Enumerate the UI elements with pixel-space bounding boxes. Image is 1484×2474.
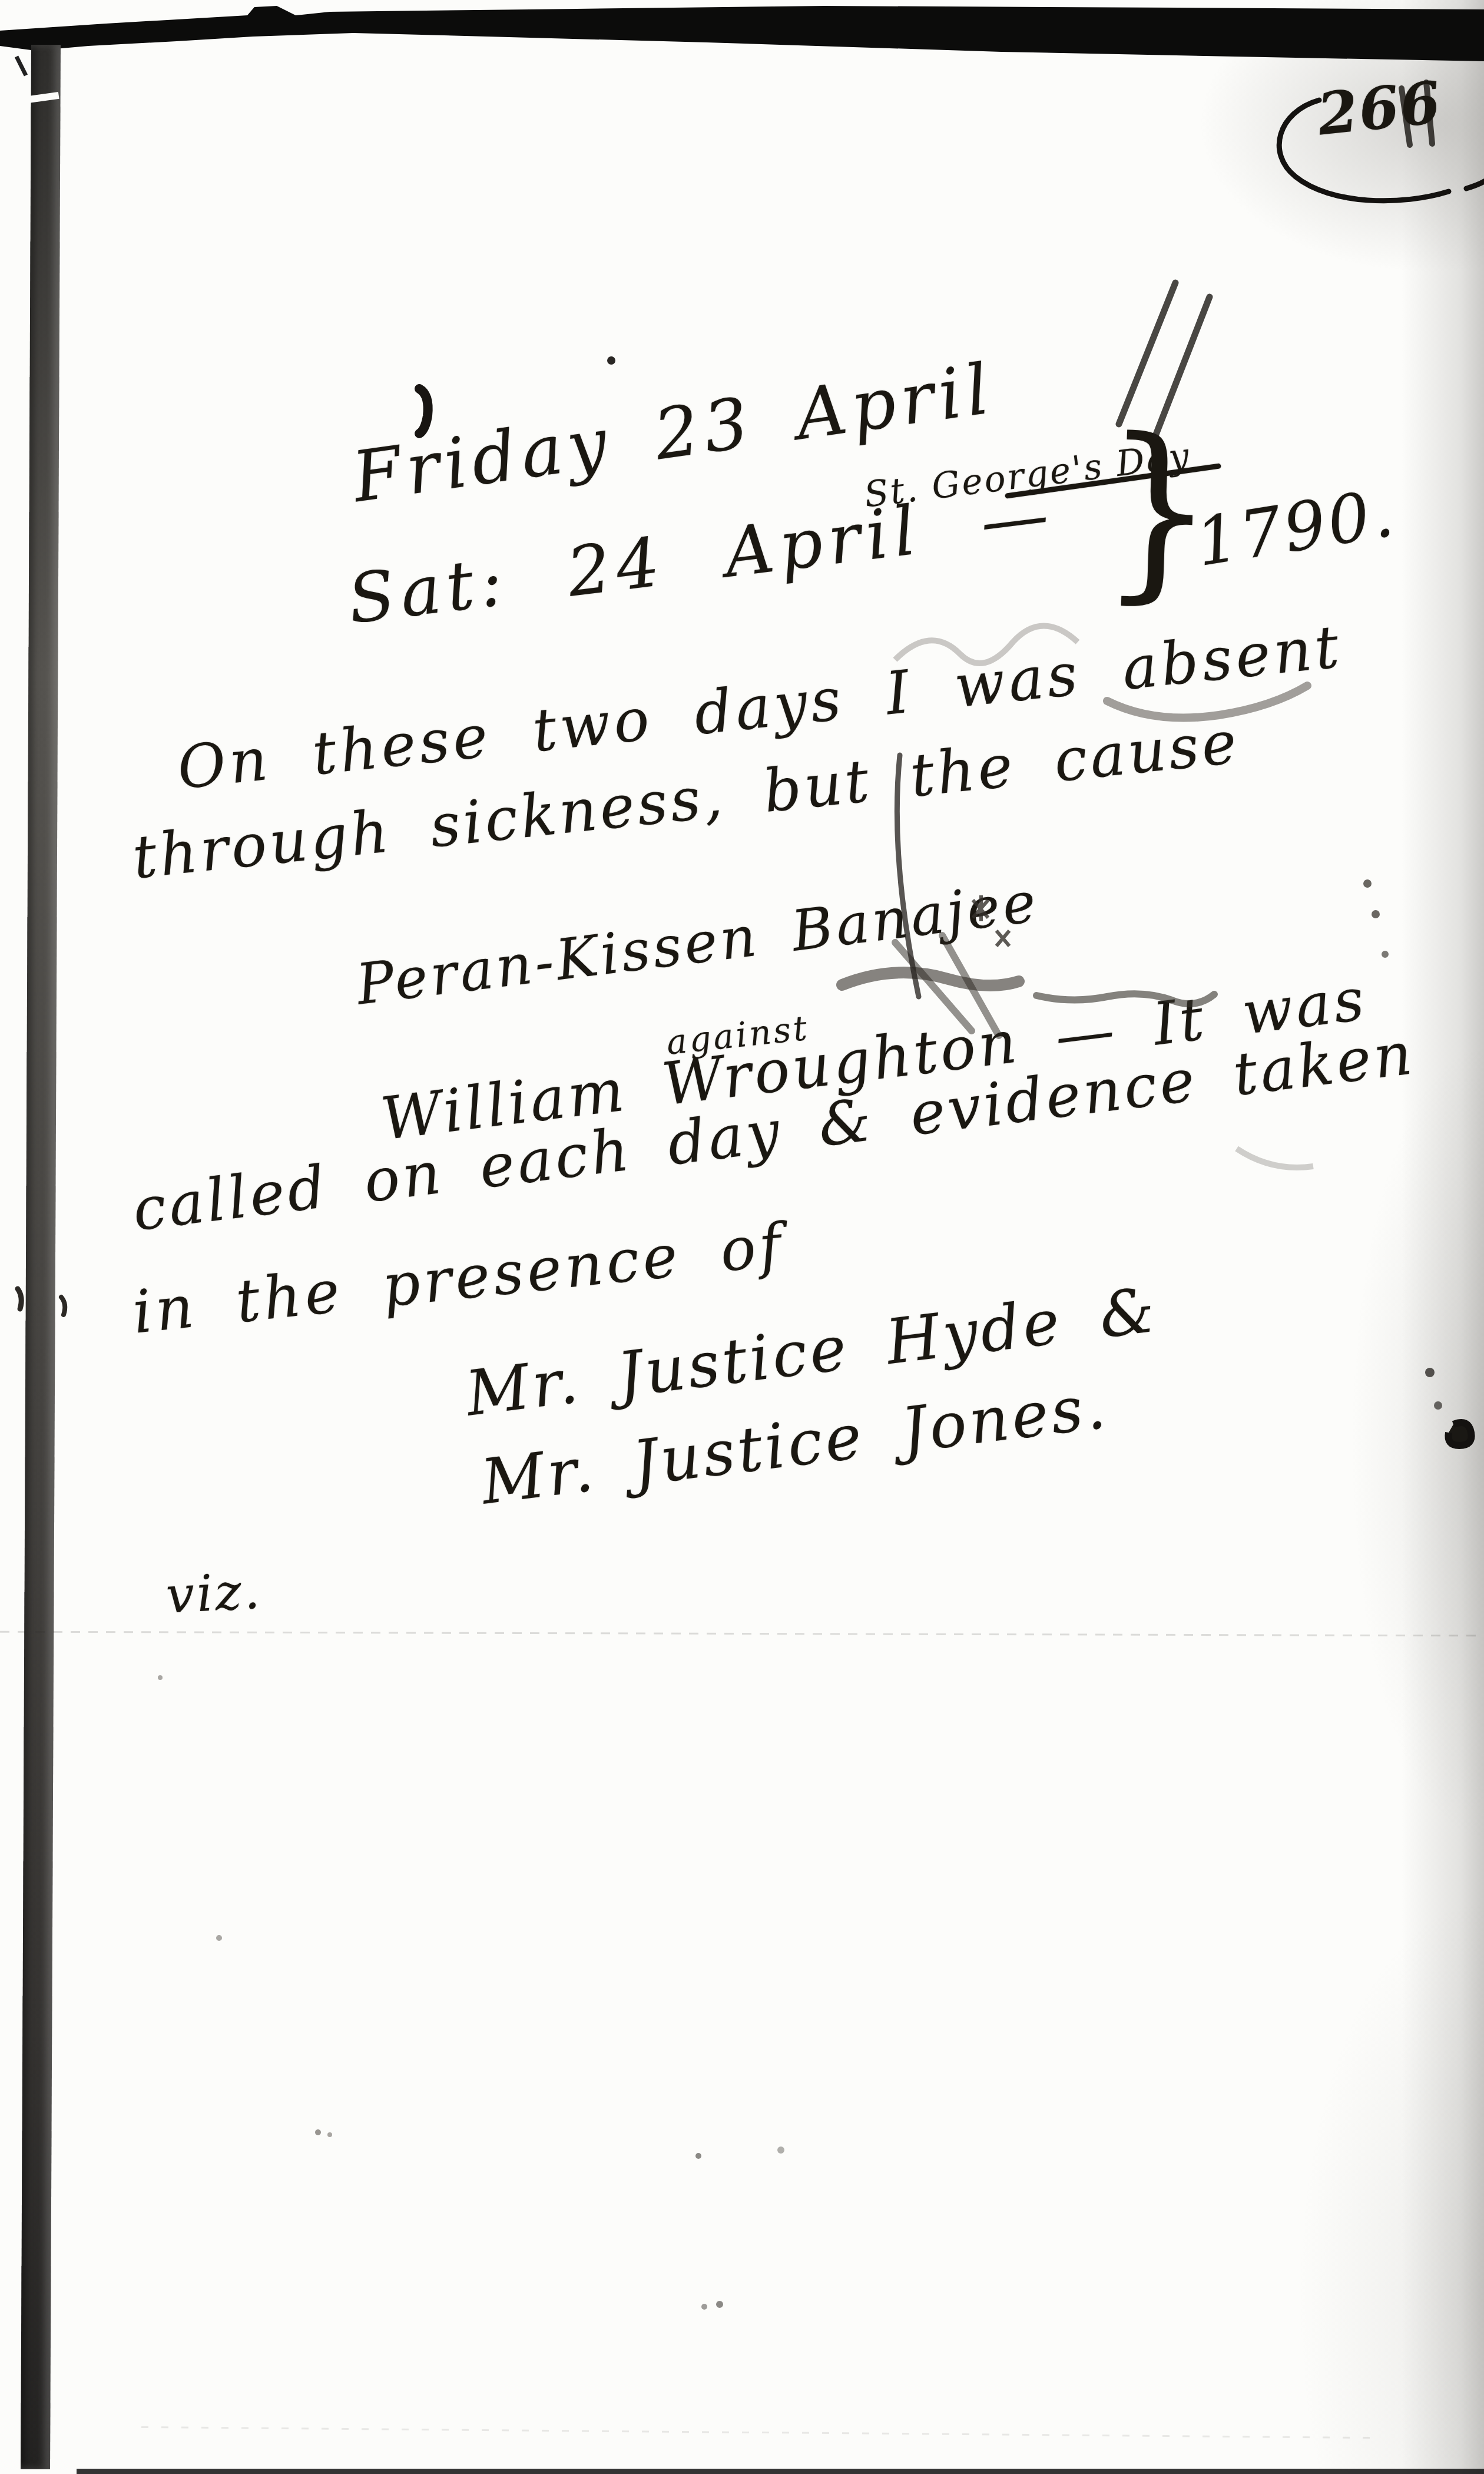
ink-blot [419, 389, 428, 434]
ink-ghost-strokes [0, 0, 1484, 2474]
